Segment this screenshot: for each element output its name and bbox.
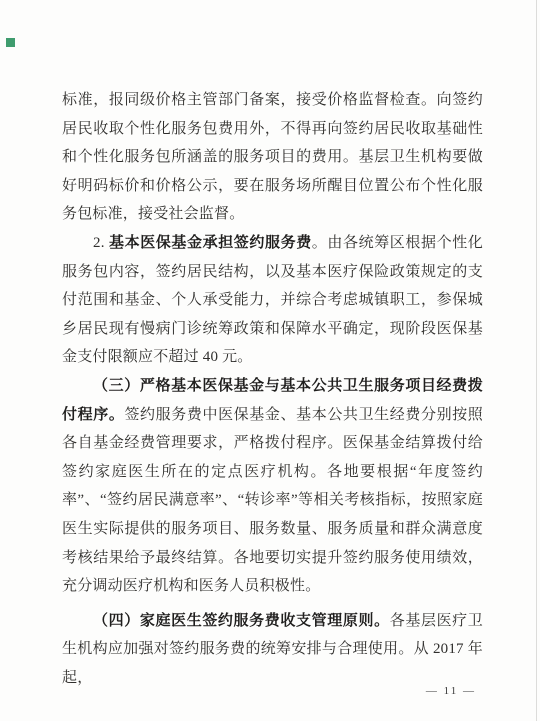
text-run: 。由各统筹区根据个性化服务包内容，签约居民结构，以及基本医疗保险政策规定的支付范…: [62, 235, 483, 365]
annotation-marker: [6, 38, 15, 47]
text-run: 2.: [93, 235, 109, 251]
document-body: 标准，报同级价格主管部门备案，接受价格监督检查。向签约居民收取个性化服务包费用外…: [62, 86, 483, 692]
text-run: 标准，报同级价格主管部门备案，接受价格监督检查。向签约居民收取个性化服务包费用外…: [62, 92, 483, 222]
text-run: 签约服务费中医保基金、基本公共卫生经费分别按照各自基金经费管理要求，严格拨付程序…: [62, 407, 483, 595]
scan-edge-line: [536, 0, 537, 721]
page-number: — 11 —: [426, 685, 476, 697]
bold-text-run: 基本医保基金承担签约服务费: [109, 235, 312, 251]
document-page: 标准，报同级价格主管部门备案，接受价格监督检查。向签约居民收取个性化服务包费用外…: [0, 0, 540, 721]
bold-text-run: （四）家庭医生签约服务费收支管理原则。: [93, 613, 390, 629]
paragraph-price-filing: 标准，报同级价格主管部门备案，接受价格监督检查。向签约居民收取个性化服务包费用外…: [62, 86, 483, 229]
paragraph-section-4-revenue-expenditure-principle: （四）家庭医生签约服务费收支管理原则。各基层医疗卫生机构应加强对签约服务费的统筹…: [62, 607, 483, 693]
paragraph-item-2-medical-insurance-fund: 2. 基本医保基金承担签约服务费。由各统筹区根据个性化服务包内容，签约居民结构，…: [62, 229, 483, 372]
paragraph-section-3-fund-allocation-procedure: （三）严格基本医保基金与基本公共卫生服务项目经费拨付程序。签约服务费中医保基金、…: [62, 372, 483, 601]
